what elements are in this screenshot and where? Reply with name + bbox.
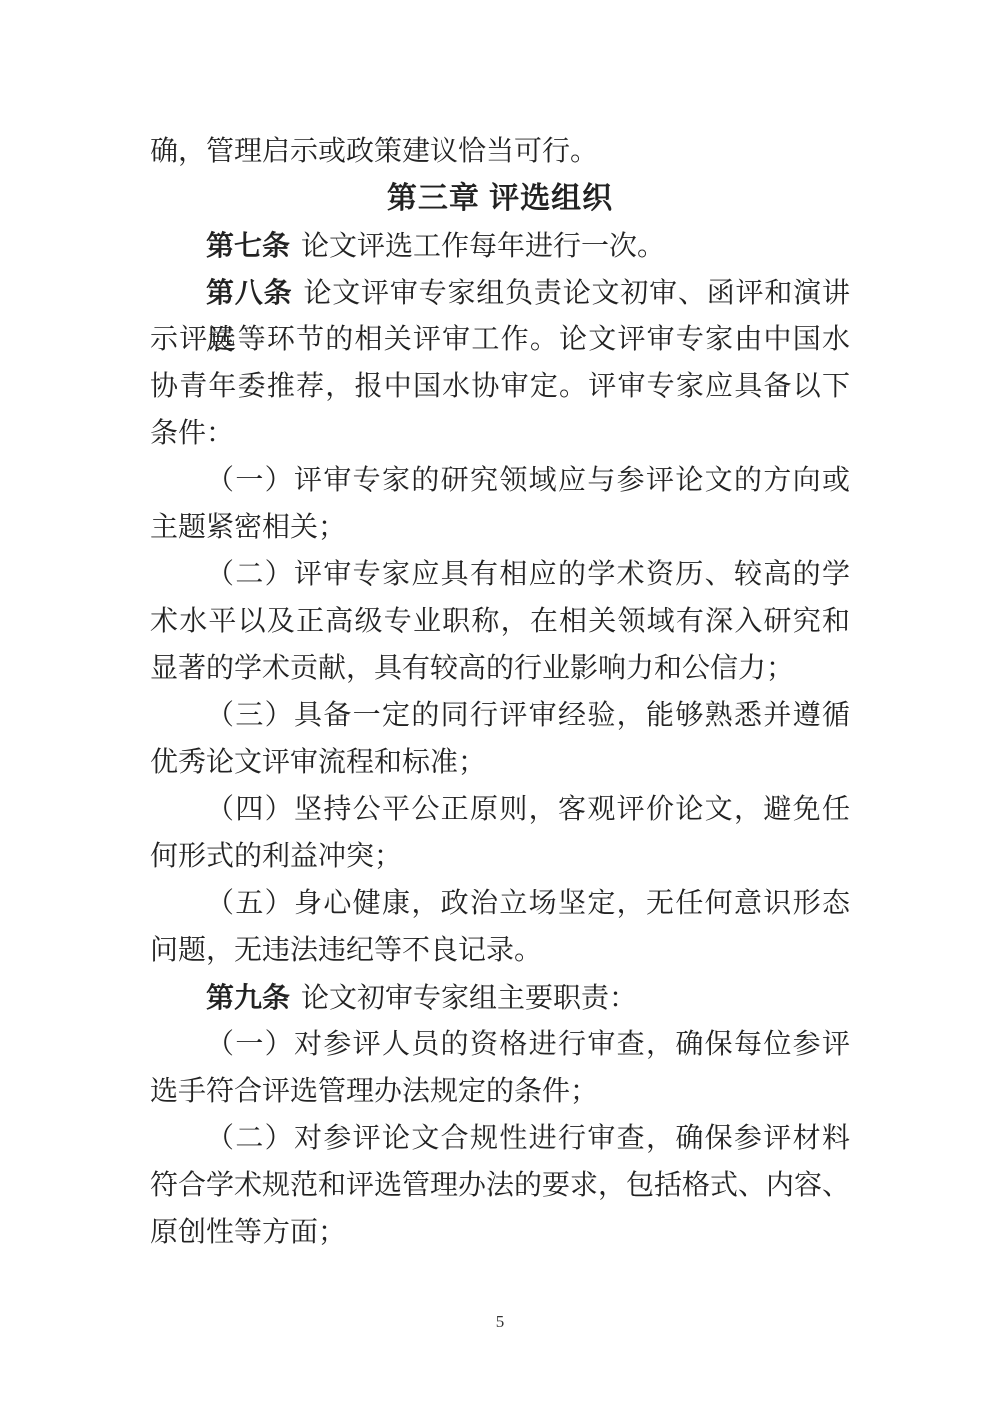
text-line: 选手符合评选管理办法规定的条件； (150, 1068, 850, 1115)
text-line: （一）评审专家的研究领域应与参评论文的方向或 (150, 457, 850, 504)
line-text: （四）坚持公平公正原则，客观评价论文，避免任 (206, 794, 850, 825)
document-body: 确，管理启示或政策建议恰当可行。第三章 评选组织第七条论文评选工作每年进行一次。… (150, 128, 850, 1256)
line-text: 示评选等环节的相关评审工作。论文评审专家由中国水 (150, 324, 850, 355)
text-line: 符合学术规范和评选管理办法的要求，包括格式、内容、 (150, 1162, 850, 1209)
text-line: （五）身心健康，政治立场坚定，无任何意识形态 (150, 880, 850, 927)
text-line: 问题，无违法违纪等不良记录。 (150, 927, 850, 974)
line-text: 确，管理启示或政策建议恰当可行。 (150, 136, 598, 167)
text-line: （二）评审专家应具有相应的学术资历、较高的学 (150, 551, 850, 598)
line-text: （一）对参评人员的资格进行审查，确保每位参评 (206, 1029, 850, 1060)
line-text: （五）身心健康，政治立场坚定，无任何意识形态 (206, 888, 850, 919)
text-line: 显著的学术贡献，具有较高的行业影响力和公信力； (150, 645, 850, 692)
text-line: 第八条论文评审专家组负责论文初审、函评和演讲展 (150, 269, 850, 316)
text-line: 条件： (150, 410, 850, 457)
article-number: 第九条 (206, 982, 290, 1013)
text-line: 确，管理启示或政策建议恰当可行。 (150, 128, 850, 175)
text-line: 示评选等环节的相关评审工作。论文评审专家由中国水 (150, 316, 850, 363)
text-line: （三）具备一定的同行评审经验，能够熟悉并遵循 (150, 692, 850, 739)
chapter-heading: 第三章 评选组织 (150, 175, 850, 222)
text-line: （一）对参评人员的资格进行审查，确保每位参评 (150, 1021, 850, 1068)
text-line: 何形式的利益冲突； (150, 833, 850, 880)
line-text: 论文初审专家组主要职责： (301, 983, 637, 1014)
article-number: 第八条 (206, 277, 292, 308)
text-line: （四）坚持公平公正原则，客观评价论文，避免任 (150, 786, 850, 833)
line-text: （二）对参评论文合规性进行审查，确保参评材料 (206, 1123, 850, 1154)
text-line: （二）对参评论文合规性进行审查，确保参评材料 (150, 1115, 850, 1162)
line-text: 论文评选工作每年进行一次。 (301, 231, 665, 262)
document-page: 确，管理启示或政策建议恰当可行。第三章 评选组织第七条论文评选工作每年进行一次。… (0, 0, 1000, 1415)
line-text: 协青年委推荐，报中国水协审定。评审专家应具备以下 (150, 371, 850, 402)
line-text: 优秀论文评审流程和标准； (150, 747, 486, 778)
line-text: 术水平以及正高级专业职称，在相关领域有深入研究和 (150, 606, 850, 637)
line-text: （二）评审专家应具有相应的学术资历、较高的学 (206, 559, 850, 590)
line-text: 第三章 评选组织 (387, 182, 613, 215)
text-line: 第九条论文初审专家组主要职责： (150, 974, 850, 1021)
line-text: 显著的学术贡献，具有较高的行业影响力和公信力； (150, 653, 794, 684)
text-line: 原创性等方面； (150, 1209, 850, 1256)
line-text: 原创性等方面； (150, 1217, 346, 1248)
text-line: 协青年委推荐，报中国水协审定。评审专家应具备以下 (150, 363, 850, 410)
page-number: 5 (0, 1310, 1000, 1334)
text-line: 第七条论文评选工作每年进行一次。 (150, 222, 850, 269)
text-line: 术水平以及正高级专业职称，在相关领域有深入研究和 (150, 598, 850, 645)
line-text: （一）评审专家的研究领域应与参评论文的方向或 (206, 465, 850, 496)
line-text: 问题，无违法违纪等不良记录。 (150, 935, 542, 966)
line-text: 符合学术规范和评选管理办法的要求，包括格式、内容、 (150, 1170, 850, 1201)
line-text: 何形式的利益冲突； (150, 841, 402, 872)
text-line: 主题紧密相关； (150, 504, 850, 551)
line-text: 选手符合评选管理办法规定的条件； (150, 1076, 598, 1107)
line-text: 条件： (150, 418, 234, 449)
text-line: 优秀论文评审流程和标准； (150, 739, 850, 786)
line-text: （三）具备一定的同行评审经验，能够熟悉并遵循 (206, 700, 850, 731)
article-number: 第七条 (206, 230, 290, 261)
line-text: 主题紧密相关； (150, 512, 346, 543)
